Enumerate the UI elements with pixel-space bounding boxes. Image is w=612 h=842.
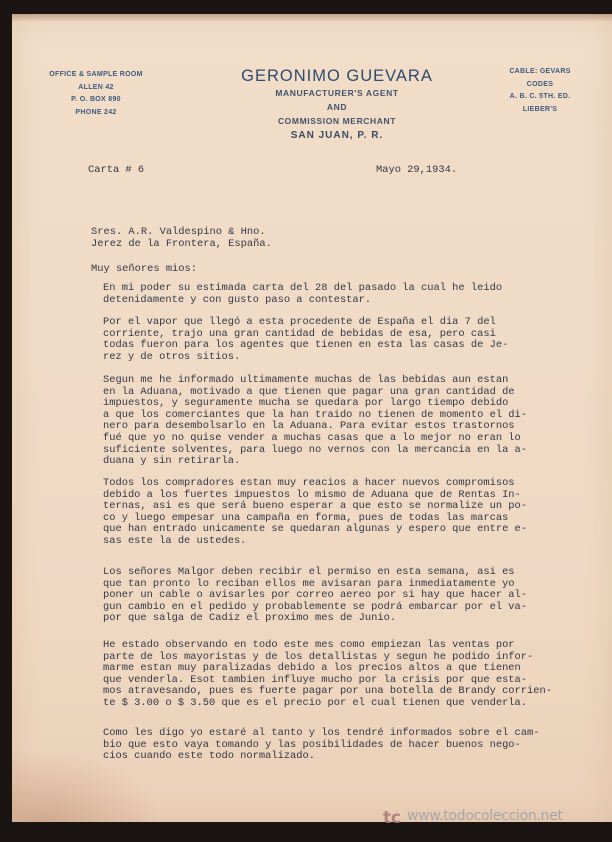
- cable-line: LIEBER'S: [490, 104, 590, 117]
- cable-line: CABLE: GEVARS: [490, 66, 590, 79]
- paragraph-7: Como les digo yo estaré al tanto y los t…: [103, 728, 539, 763]
- company-subtitle: MANUFACTURER'S AGENT: [192, 86, 482, 100]
- watermark-text: www.todocoleccion.net: [407, 808, 563, 824]
- text-line: duana y sin retirarla.: [103, 456, 527, 468]
- text-line: En mi poder su estimada carta del 28 del…: [103, 283, 502, 295]
- cable-line: CODES: [490, 79, 590, 92]
- cable-line: A. B. C. 5TH. ED.: [490, 91, 590, 104]
- letter-date: Mayo 29,1934.: [376, 164, 457, 176]
- paragraph-2: Por el vapor que llegó a esta procedente…: [103, 317, 508, 363]
- text-line: Los señores Malgor deben recibir el perm…: [103, 567, 527, 579]
- paragraph-5: Los señores Malgor deben recibir el perm…: [103, 567, 527, 625]
- watermark: tcwww.todocoleccion.net: [383, 808, 563, 827]
- company-subtitle: COMMISSION MERCHANT: [192, 114, 482, 128]
- office-line: PHONE 242: [36, 107, 156, 120]
- paragraph-3: Segun me he informado ultimamente muchas…: [103, 375, 527, 468]
- text-line: Segun me he informado ultimamente muchas…: [103, 375, 527, 387]
- paragraph-1: En mi poder su estimada carta del 28 del…: [103, 283, 502, 306]
- paragraph-6: He estado observando en todo este mes co…: [103, 640, 552, 710]
- company-name: GERONIMO GUEVARA: [192, 66, 482, 86]
- todocoleccion-logo-icon: tc: [383, 809, 403, 827]
- recipient-address: Sres. A.R. Valdespino & Hno.Jerez de la …: [91, 227, 272, 250]
- text-line: Todos los compradores estan muy reacios …: [103, 478, 527, 490]
- text-line: fué que yo no quise vender a muchas casa…: [103, 433, 527, 445]
- letterhead-cable-info: CABLE: GEVARS CODES A. B. C. 5TH. ED. LI…: [490, 66, 590, 116]
- text-line: Por el vapor que llegó a esta procedente…: [103, 317, 508, 329]
- salutation: Muy señores mios:: [91, 263, 197, 275]
- office-line: P. O. BOX 890: [36, 94, 156, 107]
- letter-page: OFFICE & SAMPLE ROOM ALLEN 42 P. O. BOX …: [12, 14, 612, 822]
- text-line: He estado observando en todo este mes co…: [103, 640, 552, 652]
- letterhead-office-info: OFFICE & SAMPLE ROOM ALLEN 42 P. O. BOX …: [36, 69, 156, 119]
- recipient-line: Jerez de la Frontera, España.: [91, 239, 272, 251]
- company-subtitle: AND: [192, 100, 482, 114]
- text-line: por que salga de Cadiz el proximo mes de…: [103, 613, 527, 625]
- text-line: te $ 3.00 o $ 3.50 que es el precio por …: [103, 698, 552, 710]
- text-line: sas este la de ustedes.: [103, 536, 527, 548]
- paragraph-4: Todos los compradores estan muy reacios …: [103, 478, 527, 548]
- recipient-line: Sres. A.R. Valdespino & Hno.: [91, 227, 272, 239]
- letter-reference: Carta # 6: [88, 164, 144, 176]
- letterhead-title-block: GERONIMO GUEVARA MANUFACTURER'S AGENT AN…: [192, 66, 482, 144]
- text-line: cios cuando este todo normalizado.: [103, 751, 539, 763]
- text-line: rez y de otros sitios.: [103, 352, 508, 364]
- office-line: ALLEN 42: [36, 82, 156, 95]
- text-line: detenidamente y con gusto paso a contest…: [103, 295, 502, 307]
- text-line: Como les digo yo estaré al tanto y los t…: [103, 728, 539, 740]
- company-city: SAN JUAN, P. R.: [192, 128, 482, 144]
- office-line: OFFICE & SAMPLE ROOM: [36, 69, 156, 82]
